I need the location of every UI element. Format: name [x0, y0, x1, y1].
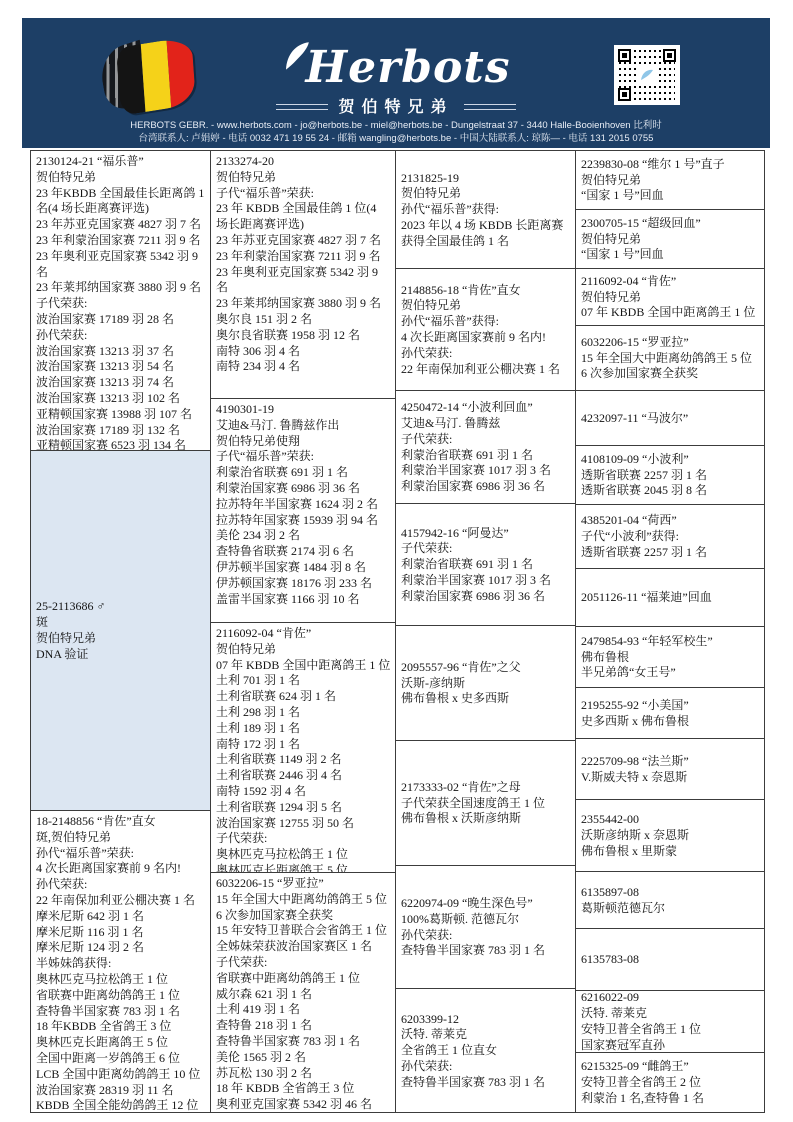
pedigree-cell-gggparent-6: 4108109-09 “小波利” 透斯省联赛 2257 羽 1 名 透斯省联赛 …: [576, 446, 764, 505]
header-contacts: HERBOTS GEBR. - www.herbots.com - jo@her…: [22, 119, 770, 145]
pedigree-cell-gggparent-10: 2195255-92 “小美国” 史多西斯 x 佛布鲁根: [576, 688, 764, 739]
pedigree-table: 2130124-21 “福乐普” 贺伯特兄弟 23 年KBDB 全国最佳长距离鸽…: [30, 150, 765, 1113]
qr-finder-bottom-left: [618, 88, 631, 101]
pedigree-cell-ggparent-3: 4250472-14 “小波利回血” 艾迪&马汀. 鲁腾兹 子代荣获: 利蒙治省…: [396, 391, 575, 504]
qr-finder-top-right: [663, 49, 676, 62]
pedigree-cell-gggparent-9: 2479854-93 “年轻军校生” 佛布鲁根 半兄弟鸽“女王号”: [576, 627, 764, 688]
pedigree-cell-subject-bird: 25-2113686 ♂ 斑 贺伯特兄弟 DNA 验证: [31, 451, 210, 811]
pedigree-generation-3: 2131825-19 贺伯特兄弟 孙代“福乐普”获得: 2023 年以 4 场 …: [395, 151, 575, 1112]
feather-icon: [277, 27, 316, 80]
qr-code: [614, 45, 680, 105]
pedigree-cell-gggparent-3: 2116092-04 “肯佐” 贺伯特兄弟 07 年 KBDB 全国中距离鸽王 …: [576, 269, 764, 326]
decorative-line-left: [276, 104, 328, 110]
pedigree-cell-gggparent-1: 2239830-08 “维尔 1 号”直子 贺伯特兄弟 “国家 1 号”回血: [576, 151, 764, 210]
pedigree-cell-gggparent-8: 2051126-11 “福莱迪”回血: [576, 569, 764, 627]
pedigree-cell-ggparent-2: 2148856-18 “肯佐”直女 贺伯特兄弟 孙代“福乐普”获得: 4 次长距…: [396, 269, 575, 391]
contact-line-international: HERBOTS GEBR. - www.herbots.com - jo@her…: [22, 119, 770, 132]
pedigree-cell-grandparent-2: 4190301-19 艾迪&马汀. 鲁腾兹作出 贺伯特兄弟使翔 子代“福乐普”荣…: [211, 399, 395, 623]
pedigree-cell-gggparent-13: 6135897-08 葛斯顿范德瓦尔: [576, 872, 764, 929]
qr-center-feather-icon: [638, 68, 656, 82]
decorative-line-right: [464, 104, 516, 110]
pedigree-cell-gggparent-12: 2355442-00 沃斯彦纳斯 x 奈恩斯 佛布鲁根 x 里斯蒙: [576, 800, 764, 872]
pedigree-cell-ggparent-7: 6220974-09 “晚生深色号” 100%葛斯顿. 范德瓦尔 孙代荣获: 查…: [396, 866, 575, 989]
header-banner: Herbots 贺伯特兄弟 HERBOTS GEBR. - www.herbot…: [22, 18, 770, 148]
pedigree-document-page: Herbots 贺伯特兄弟 HERBOTS GEBR. - www.herbot…: [0, 0, 793, 1122]
pedigree-cell-ggparent-5: 2095557-96 “肯佐”之父 沃斯-彦纳斯 佛布鲁根 x 史多西斯: [396, 626, 575, 741]
qr-finder-top-left: [618, 49, 631, 62]
pedigree-cell-gggparent-2: 2300705-15 “超级回血” 贺伯特兄弟 “国家 1 号”回血: [576, 210, 764, 269]
brand-chinese-name: 贺伯特兄弟: [338, 99, 453, 116]
pedigree-cell-ggparent-6: 2173333-02 “肯佐”之母 子代荣获全国速度鸽王 1 位 佛布鲁根 x …: [396, 741, 575, 866]
pedigree-cell-gggparent-5: 4232097-11 “马波尔”: [576, 391, 764, 446]
pedigree-cell-gggparent-7: 4385201-04 “荷西” 子代“小波利”获得: 透斯省联赛 2257 羽 …: [576, 505, 764, 569]
pedigree-generation-2: 2133274-20 贺伯特兄弟 子代“福乐普”荣获: 23 年 KBDB 全国…: [210, 151, 395, 1112]
pedigree-cell-grandparent-3: 2116092-04 “肯佐” 贺伯特兄弟 07 年 KBDB 全国中距离鸽王 …: [211, 623, 395, 873]
contact-line-asia: 台湾联系人: 卢娟婷 - 电话 0032 471 19 55 24 - 邮箱 w…: [22, 132, 770, 145]
pedigree-cell-grandparent-1: 2133274-20 贺伯特兄弟 子代“福乐普”荣获: 23 年 KBDB 全国…: [211, 151, 395, 399]
pedigree-cell-ggparent-1: 2131825-19 贺伯特兄弟 孙代“福乐普”获得: 2023 年以 4 场 …: [396, 151, 575, 269]
pedigree-cell-sire-info: 2130124-21 “福乐普” 贺伯特兄弟 23 年KBDB 全国最佳长距离鸽…: [31, 151, 210, 451]
pedigree-cell-dam-info: 18-2148856 “肯佐”直女 斑,贺伯特兄弟 孙代“福乐普”荣获: 4 次…: [31, 811, 210, 1112]
pedigree-cell-gggparent-11: 2225709-98 “法兰斯” V.斯威夫特 x 奈恩斯: [576, 739, 764, 800]
pedigree-generation-1: 2130124-21 “福乐普” 贺伯特兄弟 23 年KBDB 全国最佳长距离鸽…: [31, 151, 210, 1112]
pedigree-cell-grandparent-4: 6032206-15 “罗亚拉” 15 年全国大中距离幼鸽鸽王 5 位 6 次参…: [211, 873, 395, 1112]
pedigree-cell-ggparent-4: 4157942-16 “阿曼达” 子代荣获: 利蒙治省联赛 691 羽 1 名 …: [396, 504, 575, 626]
pedigree-generation-4: 2239830-08 “维尔 1 号”直子 贺伯特兄弟 “国家 1 号”回血 2…: [575, 151, 764, 1112]
pedigree-cell-ggparent-8: 6203399-12 沃特. 蒂莱克 全省鸽王 1 位直女 孙代荣获: 查特鲁半…: [396, 989, 575, 1112]
pedigree-cell-gggparent-16: 6215325-09 “雌鸽王” 安特卫普全省鸽王 2 位 利蒙治 1 名,查特…: [576, 1053, 764, 1112]
pedigree-cell-gggparent-15: 6216022-09 沃特. 蒂莱克 安特卫普全省鸽王 1 位 国家赛冠军直孙: [576, 991, 764, 1053]
pedigree-cell-gggparent-4: 6032206-15 “罗亚拉” 15 年全国大中距离幼鸽鸽王 5 位 6 次参…: [576, 326, 764, 391]
pedigree-cell-gggparent-14: 6135783-08: [576, 929, 764, 991]
brand-logo-text: Herbots: [306, 42, 511, 93]
